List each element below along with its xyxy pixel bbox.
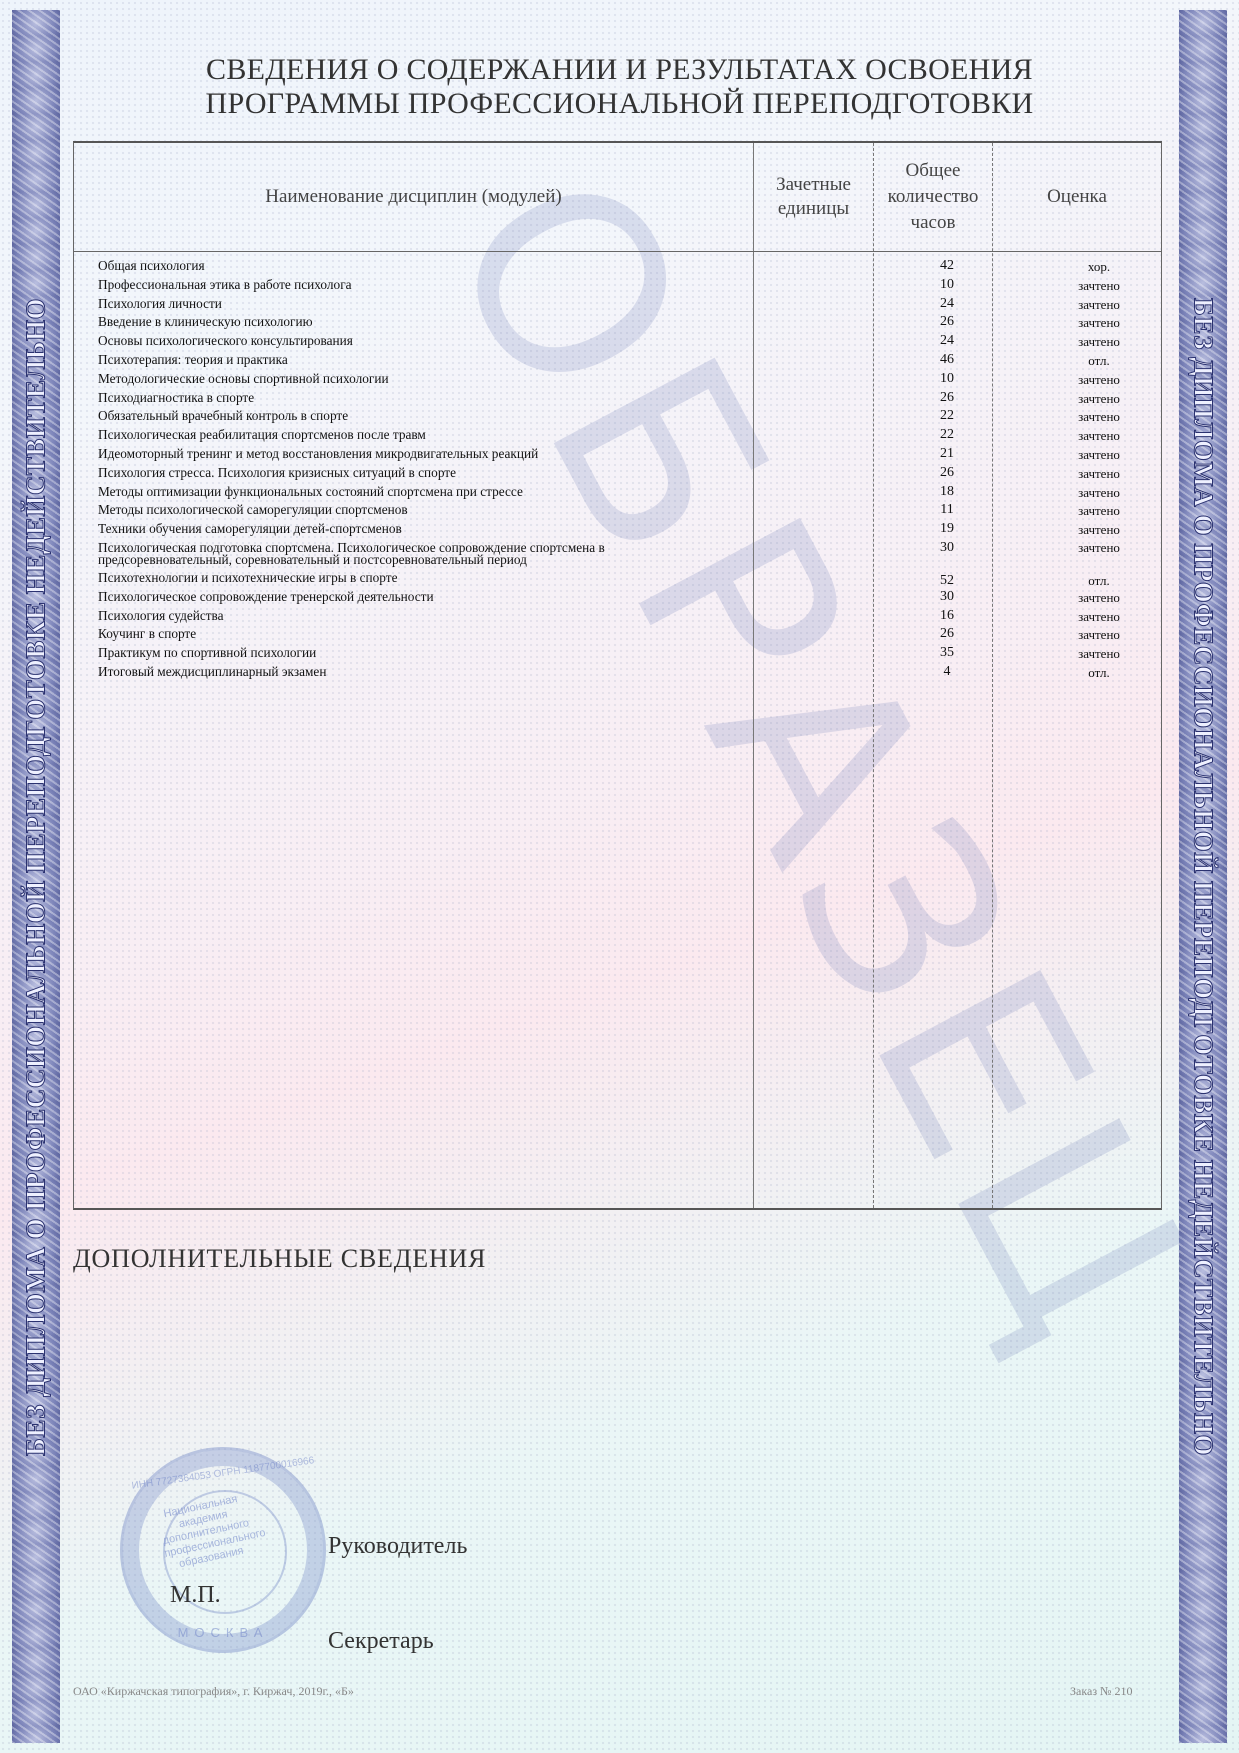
table-row: Идеомоторный тренинг и метод восстановле… — [98, 446, 1138, 465]
table-row: Психотехнологии и психотехнические игры … — [98, 570, 1138, 589]
seal-place-label: М.П. — [170, 1582, 221, 1609]
table-row: Общая психология42хор. — [98, 258, 1138, 277]
discipline-name: Психологическое сопровождение тренерской… — [98, 589, 738, 608]
head-signature-label: Руководитель — [328, 1533, 467, 1560]
page-title: СВЕДЕНИЯ О СОДЕРЖАНИИ И РЕЗУЛЬТАТАХ ОСВО… — [0, 53, 1239, 121]
discipline-hours: 18 — [916, 485, 978, 499]
discipline-grade: зачтено — [1043, 373, 1155, 386]
discipline-name: Профессиональная этика в работе психолог… — [98, 277, 738, 296]
table-row: Техники обучения саморегуляции детей-спо… — [98, 521, 1138, 540]
table-row: Практикум по спортивной психологии35зачт… — [98, 645, 1138, 664]
discipline-name: Психология судейства — [98, 608, 738, 627]
header-discipline: Наименование дисциплин (модулей) — [74, 143, 753, 251]
discipline-name: Введение в клиническую психологию — [98, 314, 738, 333]
seal-city: МОСКВА — [123, 1625, 323, 1640]
discipline-name: Психологическая реабилитация спортсменов… — [98, 427, 738, 446]
discipline-hours: 10 — [916, 372, 978, 386]
official-seal: ИНН 7727364053 ОГРН 1187700016966 Национ… — [120, 1447, 326, 1653]
discipline-name: Методы оптимизации функциональных состоя… — [98, 484, 738, 503]
discipline-grade: зачтено — [1043, 504, 1155, 517]
discipline-grade: зачтено — [1043, 410, 1155, 423]
table-row: Итоговый междисциплинарный экзамен4отл. — [98, 664, 1138, 683]
discipline-hours: 26 — [916, 466, 978, 480]
table-row: Психологическое сопровождение тренерской… — [98, 589, 1138, 608]
discipline-grade: отл. — [1043, 574, 1155, 587]
table-row: Психологическая подготовка спортсмена. П… — [98, 540, 1138, 570]
discipline-grade: зачтено — [1043, 298, 1155, 311]
discipline-name: Методологические основы спортивной психо… — [98, 371, 738, 390]
table-row: Профессиональная этика в работе психолог… — [98, 277, 1138, 296]
table-row: Основы психологического консультирования… — [98, 333, 1138, 352]
table-row: Психологическая реабилитация спортсменов… — [98, 427, 1138, 446]
discipline-name: Обязательный врачебный контроль в спорте — [98, 408, 738, 427]
right-security-border: БЕЗ ДИПЛОМА О ПРОФЕССИОНАЛЬНОЙ ПЕРЕПОДГО… — [1179, 10, 1227, 1743]
discipline-hours: 35 — [916, 646, 978, 660]
discipline-grade: зачтено — [1043, 316, 1155, 329]
right-border-text: БЕЗ ДИПЛОМА О ПРОФЕССИОНАЛЬНОЙ ПЕРЕПОДГО… — [1188, 298, 1219, 1456]
discipline-name: Психология личности — [98, 296, 738, 315]
discipline-name: Психологическая подготовка спортсмена. П… — [98, 540, 738, 570]
discipline-hours: 26 — [916, 627, 978, 641]
discipline-name: Методы психологической саморегуляции спо… — [98, 502, 738, 521]
discipline-grade: зачтено — [1043, 335, 1155, 348]
table-row: Психология личности24зачтено — [98, 296, 1138, 315]
header-divider — [74, 251, 1161, 252]
header-hours-line3: часов — [888, 210, 979, 236]
discipline-name: Психотехнологии и психотехнические игры … — [98, 570, 738, 589]
discipline-hours: 26 — [916, 391, 978, 405]
discipline-hours: 42 — [916, 259, 978, 273]
discipline-grade: зачтено — [1043, 392, 1155, 405]
header-grade: Оценка — [993, 143, 1161, 251]
discipline-name: Практикум по спортивной психологии — [98, 645, 738, 664]
discipline-grade: зачтено — [1043, 610, 1155, 623]
discipline-name: Психология стресса. Психология кризисных… — [98, 465, 738, 484]
header-credits-line2: единицы — [776, 197, 851, 221]
order-number: Заказ № 210 — [1070, 1684, 1133, 1699]
discipline-grade: зачтено — [1043, 486, 1155, 499]
table-row: Психология стресса. Психология кризисных… — [98, 465, 1138, 484]
discipline-name: Итоговый междисциплинарный экзамен — [98, 664, 738, 683]
discipline-hours: 22 — [916, 409, 978, 423]
discipline-grade: отл. — [1043, 666, 1155, 679]
discipline-grade: отл. — [1043, 354, 1155, 367]
discipline-hours: 22 — [916, 428, 978, 442]
discipline-hours: 10 — [916, 278, 978, 292]
table-row: Введение в клиническую психологию26зачте… — [98, 314, 1138, 333]
discipline-hours: 52 — [916, 574, 978, 588]
discipline-hours: 26 — [916, 315, 978, 329]
discipline-grade: зачтено — [1043, 467, 1155, 480]
discipline-grade: зачтено — [1043, 628, 1155, 641]
title-line-1: СВЕДЕНИЯ О СОДЕРЖАНИИ И РЕЗУЛЬТАТАХ ОСВО… — [0, 53, 1239, 87]
table-row: Психотерапия: теория и практика46отл. — [98, 352, 1138, 371]
table-row: Психодиагностика в спорте26зачтено — [98, 390, 1138, 409]
discipline-hours: 19 — [916, 522, 978, 536]
table-row: Методологические основы спортивной психо… — [98, 371, 1138, 390]
discipline-name: Идеомоторный тренинг и метод восстановле… — [98, 446, 738, 465]
discipline-hours: 4 — [916, 665, 978, 679]
secretary-signature-label: Секретарь — [328, 1628, 434, 1655]
discipline-hours: 21 — [916, 447, 978, 461]
discipline-hours: 11 — [916, 503, 978, 517]
discipline-grade: зачтено — [1043, 647, 1155, 660]
left-border-text: БЕЗ ДИПЛОМА О ПРОФЕССИОНАЛЬНОЙ ПЕРЕПОДГО… — [21, 298, 52, 1456]
seal-ring-text: ИНН 7727364053 ОГРН 1187700016966 — [123, 1454, 323, 1493]
discipline-hours: 24 — [916, 334, 978, 348]
discipline-hours: 24 — [916, 297, 978, 311]
discipline-name: Общая психология — [98, 258, 738, 277]
header-hours-line2: количество — [888, 184, 979, 210]
discipline-grade: хор. — [1043, 260, 1155, 273]
discipline-grade: зачтено — [1043, 591, 1155, 604]
discipline-hours: 46 — [916, 353, 978, 367]
discipline-grade: зачтено — [1043, 448, 1155, 461]
discipline-name: Коучинг в спорте — [98, 626, 738, 645]
table-body: Общая психология42хор.Профессиональная э… — [98, 258, 1138, 683]
left-security-border: БЕЗ ДИПЛОМА О ПРОФЕССИОНАЛЬНОЙ ПЕРЕПОДГО… — [12, 10, 60, 1743]
discipline-name: Психодиагностика в спорте — [98, 390, 738, 409]
discipline-grade: зачтено — [1043, 541, 1155, 554]
discipline-name: Психотерапия: теория и практика — [98, 352, 738, 371]
header-credits-line1: Зачетные — [776, 173, 851, 197]
table-row: Коучинг в спорте26зачтено — [98, 626, 1138, 645]
discipline-name: Техники обучения саморегуляции детей-спо… — [98, 521, 738, 540]
header-hours: Общееколичествочасов — [874, 143, 992, 251]
discipline-grade: зачтено — [1043, 523, 1155, 536]
title-line-2: ПРОГРАММЫ ПРОФЕССИОНАЛЬНОЙ ПЕРЕПОДГОТОВК… — [0, 87, 1239, 121]
table-row: Методы психологической саморегуляции спо… — [98, 502, 1138, 521]
table-row: Обязательный врачебный контроль в спорте… — [98, 408, 1138, 427]
printer-info: ОАО «Киржачская типография», г. Киржач, … — [73, 1684, 354, 1699]
discipline-hours: 30 — [916, 541, 978, 555]
discipline-grade: зачтено — [1043, 279, 1155, 292]
header-credits: Зачетныеединицы — [754, 143, 873, 251]
table-row: Психология судейства16зачтено — [98, 608, 1138, 627]
table-row: Методы оптимизации функциональных состоя… — [98, 484, 1138, 503]
discipline-hours: 16 — [916, 609, 978, 623]
header-hours-line1: Общее — [888, 158, 979, 184]
additional-info-heading: ДОПОЛНИТЕЛЬНЫЕ СВЕДЕНИЯ — [73, 1244, 486, 1274]
discipline-grade: зачтено — [1043, 429, 1155, 442]
discipline-hours: 30 — [916, 590, 978, 604]
discipline-name: Основы психологического консультирования — [98, 333, 738, 352]
